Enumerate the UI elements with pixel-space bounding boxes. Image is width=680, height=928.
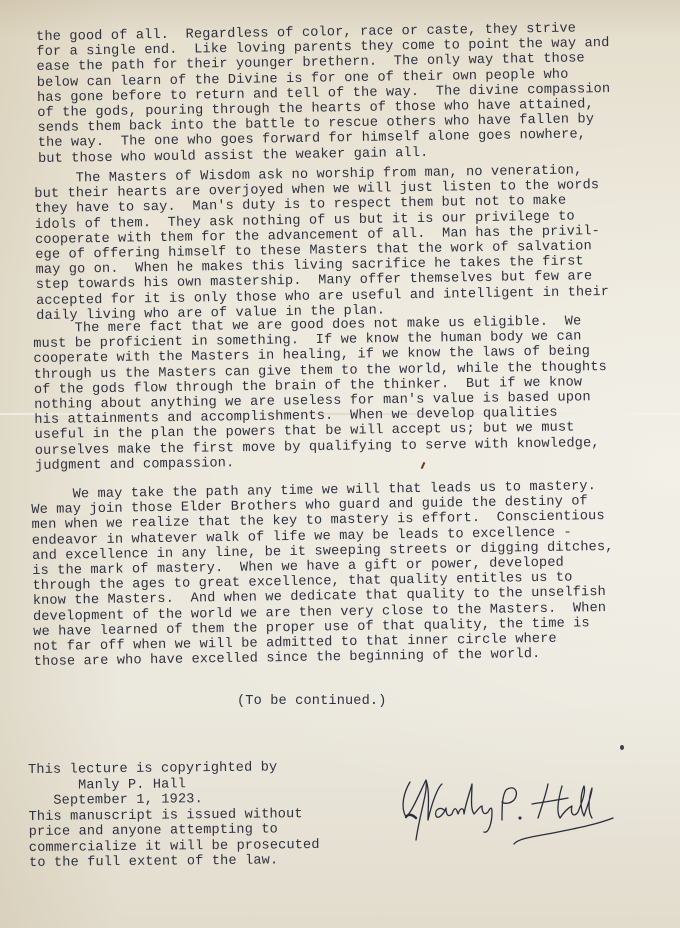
copyright-line: This lecture is copyrighted by — [28, 760, 319, 779]
paragraph-3: The mere fact that we are good does not … — [33, 314, 608, 474]
signature: Manly P. Hall — [398, 762, 638, 862]
copyright-notice: This lecture is copyrighted by Manly P. … — [28, 760, 320, 872]
to-be-continued-note: (To be continued.) — [237, 694, 387, 709]
typewritten-page: the good of all. Regardless of color, ra… — [0, 0, 680, 928]
paragraph-4: We may take the path any time we will th… — [31, 479, 615, 670]
copyright-line: to the full extent of the law. — [29, 853, 320, 872]
ink-speck — [620, 745, 624, 750]
paragraph-1: the good of all. Regardless of color, ra… — [36, 21, 611, 167]
paragraph-2: The Masters of Wisdom ask no worship fro… — [34, 163, 610, 324]
